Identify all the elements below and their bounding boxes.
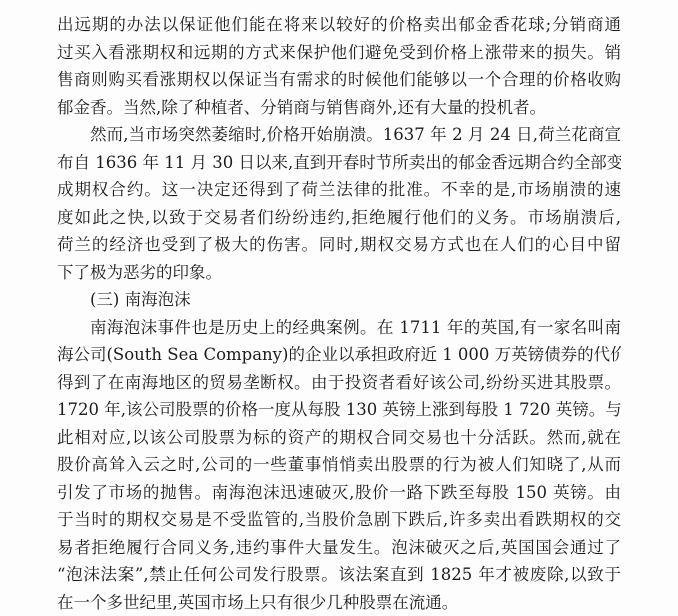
text-line: 得到了在南海地区的贸易垄断权。由于投资者看好该公司,纷纷买进其股票。 (57, 369, 621, 397)
text-line: 在一个多世纪里,英国市场上只有很少几种股票在流通。 (57, 589, 621, 616)
text-line: 1720 年,该公司股票的价格一度从每股 130 英镑上涨到每股 1 720 英… (57, 396, 621, 424)
text-line: 售商则购买看涨期权以保证当有需求的时候他们能够以一个合理的价格收购 (57, 66, 621, 94)
text-line: 股价高耸入云之时,公司的一些董事悄悄卖出股票的行为被人们知晓了,从而 (57, 451, 621, 479)
text-line: 引发了市场的抛售。南海泡沫迅速破灭,股价一路下跌至每股 150 英镑。由 (57, 479, 621, 507)
section-heading: (三) 南海泡沫 (57, 286, 621, 314)
text-line: 于当时的期权交易是不受监管的,当股价急剧下跌后,许多卖出看跌期权的交 (57, 506, 621, 534)
text-line: 然而,当市场突然萎缩时,价格开始崩溃。1637 年 2 月 24 日,荷兰花商宣 (57, 121, 621, 149)
text-line: 郁金香。当然,除了种植者、分销商与销售商外,还有大量的投机者。 (57, 94, 621, 122)
text-line: 海公司(South Sea Company)的企业以承担政府近 1 000 万英… (57, 341, 621, 369)
text-line: 布自 1636 年 11 月 30 日以来,直到开春时节所卖出的郁金香远期合约全… (57, 149, 621, 177)
text-line: 易者拒绝履行合同义务,违约事件大量发生。泡沫破灭之后,英国国会通过了 (57, 534, 621, 562)
text-line: 荷兰的经济也受到了极大的伤害。同时,期权交易方式也在人们的心目中留 (57, 231, 621, 259)
text-block: 出远期的办法以保证他们能在将来以较好的价格卖出郁金香花球;分销商通 过买入看涨期… (57, 11, 621, 616)
text-line: 成期权合约。这一决定还得到了荷兰法律的批准。不幸的是,市场崩溃的速 (57, 176, 621, 204)
text-line: 过买入看涨期权和远期的方式来保护他们避免受到价格上涨带来的损失。销 (57, 39, 621, 67)
text-line: 下了极为恶劣的印象。 (57, 259, 621, 287)
text-line: 南海泡沫事件也是历史上的经典案例。在 1711 年的英国,有一家名叫南 (57, 314, 621, 342)
text-line: “泡沫法案”,禁止任何公司发行股票。该法案直到 1825 年才被废除,以致于 (57, 561, 621, 589)
text-line: 出远期的办法以保证他们能在将来以较好的价格卖出郁金香花球;分销商通 (57, 11, 621, 39)
book-page: 出远期的办法以保证他们能在将来以较好的价格卖出郁金香花球;分销商通 过买入看涨期… (0, 0, 678, 616)
text-line: 此相对应,以该公司股票为标的资产的期权合同交易也十分活跃。然而,就在 (57, 424, 621, 452)
text-line: 度如此之快,以致于交易者们纷纷违约,拒绝履行他们的义务。市场崩溃后, (57, 204, 621, 232)
